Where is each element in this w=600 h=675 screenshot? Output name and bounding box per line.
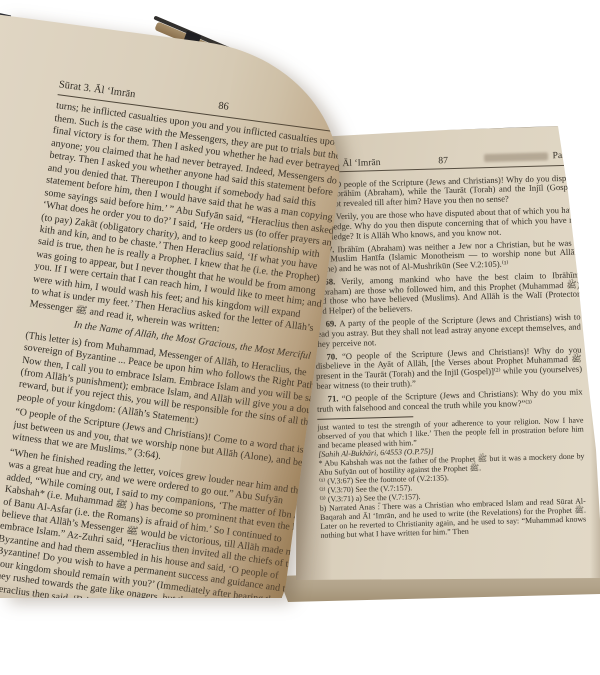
- verse-number: 66.: [323, 211, 336, 221]
- page-text-line: “O people of the Scripture (Jews and Chr…: [14, 407, 345, 463]
- right-header-right: Part-3: [448, 151, 576, 164]
- right-page-text: Sūrat 3. Āl ‘Imrān 87 Part-3 65. O peopl…: [310, 151, 587, 541]
- paragraph-block: “O people of the Scripture (Jews and Chr…: [11, 407, 345, 488]
- page-text-line: “When he finished reading the letter, vo…: [9, 447, 340, 503]
- page-text-line: witness that we are Muslims.” (3:64).: [11, 431, 342, 487]
- footnote-line: b) Narrated Anas ؓ: There was a Christia…: [320, 497, 587, 540]
- page-bottom-shading: [0, 564, 282, 642]
- cover-corner-sliver: [0, 13, 11, 27]
- page-text-line: Byzantine! Do you wish to have a permane…: [0, 545, 327, 601]
- left-header-spacer: [228, 110, 355, 131]
- page-text-line: Byzantine and had them assembled in his …: [0, 533, 328, 589]
- verse-number: 70.: [326, 351, 342, 361]
- verse-paragraph: 66. Verily, you are those who have dispu…: [312, 206, 579, 243]
- page-text-line: Heraclius then said, ‘Bring them back to…: [0, 582, 322, 638]
- cover-edge-line: [154, 15, 253, 60]
- left-page-number: 86: [217, 101, 229, 115]
- verse-number: 67.: [323, 244, 337, 254]
- verses: 65. O people of the Scripture (Jews and …: [311, 173, 583, 414]
- verse-number: 71.: [328, 393, 342, 403]
- book-photo: Sūrat 3. Āl ‘Imrān 87 Part-3 65. O peopl…: [0, 0, 600, 675]
- cover-tan-trim: [154, 21, 251, 69]
- part-label: Part-3: [552, 151, 576, 161]
- page-text-line: your kingdom should remain with you?’ (I…: [0, 558, 325, 614]
- right-page: Sūrat 3. Āl ‘Imrān 87 Part-3 65. O peopl…: [296, 120, 600, 582]
- page-top-edge-smudge: [324, 123, 558, 133]
- page-text-line: embrace Islam.” Az-Zuhri said, “Heracliu…: [0, 521, 330, 577]
- verse-paragraph: 67. Ibrāhīm (Abraham) was neither a Jew …: [312, 238, 579, 275]
- verse-paragraph: 71. “O people of the Scripture (Jews and…: [317, 387, 583, 414]
- right-page-fore-edge: [590, 120, 600, 582]
- paragraph-block: “When he finished reading the letter, vo…: [0, 447, 340, 639]
- verse-number: 69.: [325, 318, 339, 328]
- page-text-line: was a great hue and cry, and we were ord…: [7, 459, 338, 515]
- header-ghost-smudge: [484, 152, 548, 162]
- verse-paragraph: 65. O people of the Scripture (Jews and …: [311, 173, 578, 210]
- verse-number: 68.: [324, 276, 341, 286]
- page-text-line: Kabshah* (i.e. Muhammad ﷺ ) has become s…: [4, 484, 335, 540]
- right-page-header: Sūrat 3. Āl ‘Imrān 87 Part-3: [310, 151, 576, 173]
- footnotes: just wanted to test the strength of your…: [317, 416, 586, 540]
- page-text-line: added, “While coming out, I said to my c…: [6, 471, 337, 527]
- page-text-line: of Banu Al-Asfar (i.e. the Romans) is af…: [2, 496, 333, 552]
- left-header-title: Sūrat 3. Āl ‘Imrān: [58, 79, 219, 113]
- right-page-number: 87: [438, 156, 448, 166]
- page-text-line: just between us and you, that we worship…: [13, 419, 344, 475]
- left-page-header: Sūrat 3. Āl ‘Imrān 86: [58, 79, 356, 139]
- verse-paragraph: 69. A party of the people of the Scriptu…: [315, 313, 582, 350]
- footnote-separator: [317, 416, 413, 420]
- verse-paragraph: 68. Verily, among mankind who have the b…: [313, 270, 580, 316]
- verse-paragraph: 70. “O people of the Scripture (Jews and…: [315, 345, 582, 391]
- right-header-title: Sūrat 3. Āl ‘Imrān: [310, 156, 438, 169]
- page-text-line: believe that Allāh’s Messenger ﷺ would b…: [1, 508, 332, 564]
- page-text-line: they rushed towards the gate like onager…: [0, 570, 323, 626]
- verse-number: 65.: [322, 179, 336, 189]
